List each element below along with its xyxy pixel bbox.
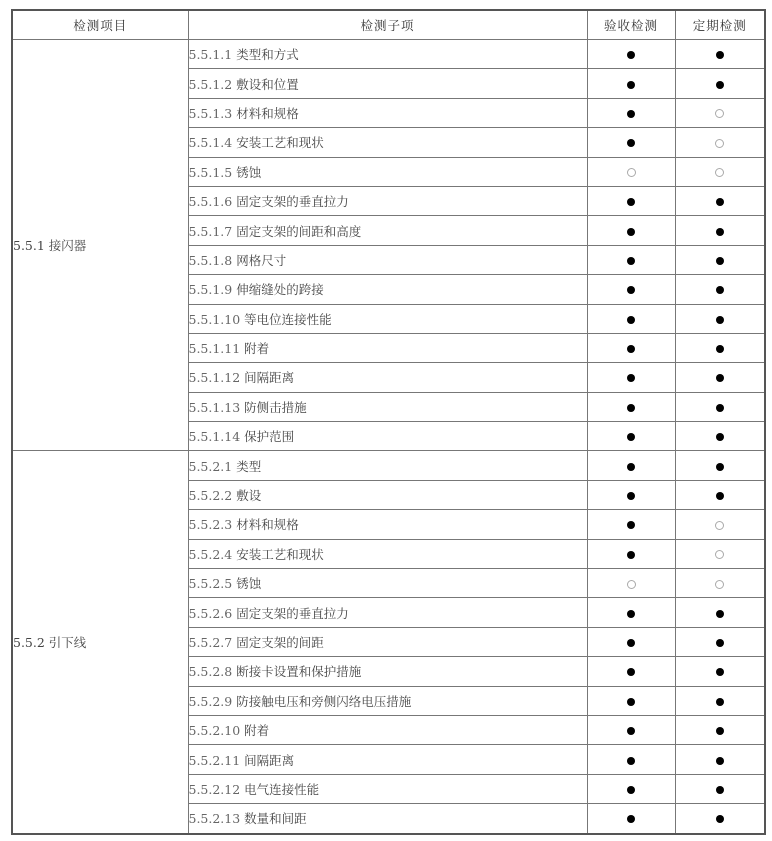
acceptance-mark-cell [587,157,675,186]
subitem-text: 锈蚀 [236,165,261,180]
subitem-text: 数量和间距 [244,811,307,826]
subitem-number: 5.5.1.4 [189,135,233,150]
acceptance-mark-cell [587,186,675,215]
subitem-text: 网格尺寸 [236,253,286,268]
periodic-mark-cell [675,745,765,774]
filled-circle-icon [627,257,635,265]
periodic-mark-cell [675,774,765,803]
filled-circle-icon [627,345,635,353]
inspection-subitem: 5.5.1.7 固定支架的间距和高度 [188,216,587,245]
filled-circle-icon [716,374,724,382]
inspection-subitem: 5.5.2.2 敷设 [188,480,587,509]
acceptance-mark-cell [587,363,675,392]
acceptance-mark-cell [587,510,675,539]
filled-circle-icon [627,815,635,823]
periodic-mark-cell [675,275,765,304]
filled-circle-icon [716,81,724,89]
hollow-circle-icon [715,580,724,589]
inspection-subitem: 5.5.2.12 电气连接性能 [188,774,587,803]
filled-circle-icon [716,433,724,441]
inspection-item-group: 5.5.1 接闪器 [12,40,188,451]
periodic-mark-cell [675,480,765,509]
subitem-text: 敷设和位置 [236,77,299,92]
subitem-number: 5.5.1.12 [189,370,241,385]
inspection-subitem: 5.5.2.6 固定支架的垂直拉力 [188,598,587,627]
hollow-circle-icon [715,139,724,148]
periodic-mark-cell [675,715,765,744]
filled-circle-icon [716,198,724,206]
subitem-text: 电气连接性能 [244,782,319,797]
filled-circle-icon [627,404,635,412]
table-header-row: 检测项目 检测子项 验收检测 定期检测 [12,10,765,40]
subitem-text: 固定支架的间距和高度 [236,224,361,239]
filled-circle-icon [627,668,635,676]
filled-circle-icon [627,610,635,618]
inspection-subitem: 5.5.1.2 敷设和位置 [188,69,587,98]
filled-circle-icon [716,610,724,618]
subitem-number: 5.5.2.1 [189,459,233,474]
filled-circle-icon [627,198,635,206]
acceptance-mark-cell [587,69,675,98]
inspection-subitem: 5.5.1.14 保护范围 [188,422,587,451]
subitem-number: 5.5.2.4 [189,547,233,562]
acceptance-mark-cell [587,686,675,715]
periodic-mark-cell [675,569,765,598]
filled-circle-icon [627,316,635,324]
acceptance-mark-cell [587,569,675,598]
filled-circle-icon [716,698,724,706]
hollow-circle-icon [715,550,724,559]
subitem-number: 5.5.1.1 [189,47,233,62]
subitem-number: 5.5.1.8 [189,253,233,268]
header-inspection-item: 检测项目 [12,10,188,40]
inspection-subitem: 5.5.2.5 锈蚀 [188,569,587,598]
subitem-number: 5.5.1.10 [189,312,241,327]
acceptance-mark-cell [587,304,675,333]
filled-circle-icon [716,463,724,471]
filled-circle-icon [627,757,635,765]
subitem-text: 等电位连接性能 [244,312,332,327]
inspection-items-table: 检测项目 检测子项 验收检测 定期检测 5.5.1 接闪器5.5.1.1 类型和… [11,9,766,835]
hollow-circle-icon [627,580,636,589]
filled-circle-icon [627,492,635,500]
inspection-subitem: 5.5.1.8 网格尺寸 [188,245,587,274]
subitem-number: 5.5.1.5 [189,165,233,180]
periodic-mark-cell [675,598,765,627]
acceptance-mark-cell [587,598,675,627]
acceptance-mark-cell [587,245,675,274]
filled-circle-icon [627,228,635,236]
periodic-mark-cell [675,363,765,392]
acceptance-mark-cell [587,480,675,509]
periodic-mark-cell [675,186,765,215]
filled-circle-icon [716,727,724,735]
header-inspection-subitem: 检测子项 [188,10,587,40]
filled-circle-icon [627,110,635,118]
header-acceptance-inspection: 验收检测 [587,10,675,40]
subitem-text: 附着 [244,723,269,738]
acceptance-mark-cell [587,392,675,421]
inspection-subitem: 5.5.1.13 防侧击措施 [188,392,587,421]
periodic-mark-cell [675,157,765,186]
filled-circle-icon [716,286,724,294]
inspection-subitem: 5.5.2.4 安装工艺和现状 [188,539,587,568]
hollow-circle-icon [715,168,724,177]
subitem-text: 安装工艺和现状 [236,547,324,562]
filled-circle-icon [627,698,635,706]
periodic-mark-cell [675,245,765,274]
subitem-number: 5.5.2.10 [189,723,241,738]
subitem-text: 固定支架的垂直拉力 [236,606,349,621]
filled-circle-icon [627,81,635,89]
filled-circle-icon [627,51,635,59]
filled-circle-icon [627,727,635,735]
subitem-text: 固定支架的间距 [236,635,324,650]
inspection-subitem: 5.5.1.3 材料和规格 [188,98,587,127]
inspection-subitem: 5.5.1.9 伸缩缝处的跨接 [188,275,587,304]
subitem-text: 锈蚀 [236,576,261,591]
subitem-number: 5.5.1.11 [189,341,241,356]
filled-circle-icon [627,139,635,147]
subitem-number: 5.5.2.7 [189,635,233,650]
filled-circle-icon [716,228,724,236]
periodic-mark-cell [675,804,765,834]
subitem-text: 断接卡设置和保护措施 [236,664,361,679]
subitem-text: 附着 [244,341,269,356]
subitem-text: 类型 [236,459,261,474]
subitem-text: 安装工艺和现状 [236,135,324,150]
acceptance-mark-cell [587,333,675,362]
acceptance-mark-cell [587,539,675,568]
periodic-mark-cell [675,539,765,568]
acceptance-mark-cell [587,657,675,686]
filled-circle-icon [716,51,724,59]
subitem-number: 5.5.2.5 [189,576,233,591]
filled-circle-icon [716,345,724,353]
inspection-subitem: 5.5.2.11 间隔距离 [188,745,587,774]
filled-circle-icon [716,257,724,265]
acceptance-mark-cell [587,627,675,656]
periodic-mark-cell [675,216,765,245]
subitem-number: 5.5.1.2 [189,77,233,92]
filled-circle-icon [716,316,724,324]
inspection-subitem: 5.5.1.12 间隔距离 [188,363,587,392]
inspection-subitem: 5.5.2.13 数量和间距 [188,804,587,834]
periodic-mark-cell [675,510,765,539]
subitem-number: 5.5.2.11 [189,753,241,768]
periodic-mark-cell [675,451,765,480]
inspection-subitem: 5.5.2.7 固定支架的间距 [188,627,587,656]
inspection-subitem: 5.5.1.1 类型和方式 [188,40,587,69]
periodic-mark-cell [675,128,765,157]
periodic-mark-cell [675,304,765,333]
filled-circle-icon [627,551,635,559]
subitem-number: 5.5.1.9 [189,282,233,297]
acceptance-mark-cell [587,774,675,803]
acceptance-mark-cell [587,745,675,774]
filled-circle-icon [627,433,635,441]
subitem-number: 5.5.2.12 [189,782,241,797]
acceptance-mark-cell [587,451,675,480]
subitem-number: 5.5.1.6 [189,194,233,209]
acceptance-mark-cell [587,128,675,157]
subitem-text: 材料和规格 [236,106,299,121]
table-body: 5.5.1 接闪器5.5.1.1 类型和方式5.5.1.2 敷设和位置5.5.1… [12,40,765,834]
filled-circle-icon [627,639,635,647]
subitem-text: 材料和规格 [236,517,299,532]
periodic-mark-cell [675,686,765,715]
subitem-number: 5.5.1.7 [189,224,233,239]
periodic-mark-cell [675,627,765,656]
filled-circle-icon [627,374,635,382]
subitem-number: 5.5.1.13 [189,400,241,415]
inspection-subitem: 5.5.2.3 材料和规格 [188,510,587,539]
subitem-text: 防接触电压和旁侧闪络电压措施 [236,694,411,709]
periodic-mark-cell [675,98,765,127]
acceptance-mark-cell [587,98,675,127]
filled-circle-icon [716,668,724,676]
subitem-number: 5.5.1.14 [189,429,241,444]
subitem-number: 5.5.2.2 [189,488,233,503]
filled-circle-icon [716,757,724,765]
filled-circle-icon [716,404,724,412]
hollow-circle-icon [715,521,724,530]
acceptance-mark-cell [587,40,675,69]
subitem-number: 5.5.2.8 [189,664,233,679]
filled-circle-icon [627,463,635,471]
subitem-text: 固定支架的垂直拉力 [236,194,349,209]
header-periodic-inspection: 定期检测 [675,10,765,40]
filled-circle-icon [716,815,724,823]
filled-circle-icon [716,639,724,647]
subitem-text: 防侧击措施 [244,400,307,415]
hollow-circle-icon [715,109,724,118]
inspection-subitem: 5.5.1.5 锈蚀 [188,157,587,186]
periodic-mark-cell [675,333,765,362]
subitem-number: 5.5.2.6 [189,606,233,621]
subitem-number: 5.5.2.3 [189,517,233,532]
filled-circle-icon [627,786,635,794]
subitem-text: 敷设 [236,488,261,503]
subitem-text: 间隔距离 [244,370,294,385]
inspection-subitem: 5.5.1.4 安装工艺和现状 [188,128,587,157]
acceptance-mark-cell [587,422,675,451]
periodic-mark-cell [675,392,765,421]
filled-circle-icon [716,492,724,500]
subitem-text: 间隔距离 [244,753,294,768]
filled-circle-icon [716,786,724,794]
subitem-text: 保护范围 [244,429,294,444]
filled-circle-icon [627,521,635,529]
filled-circle-icon [627,286,635,294]
subitem-text: 类型和方式 [236,47,299,62]
acceptance-mark-cell [587,715,675,744]
inspection-subitem: 5.5.1.11 附着 [188,333,587,362]
acceptance-mark-cell [587,804,675,834]
subitem-number: 5.5.1.3 [189,106,233,121]
inspection-subitem: 5.5.1.6 固定支架的垂直拉力 [188,186,587,215]
inspection-item-group: 5.5.2 引下线 [12,451,188,834]
inspection-subitem: 5.5.2.10 附着 [188,715,587,744]
subitem-text: 伸缩缝处的跨接 [236,282,324,297]
periodic-mark-cell [675,657,765,686]
hollow-circle-icon [627,168,636,177]
acceptance-mark-cell [587,216,675,245]
acceptance-mark-cell [587,275,675,304]
inspection-subitem: 5.5.1.10 等电位连接性能 [188,304,587,333]
periodic-mark-cell [675,69,765,98]
table-row: 5.5.2 引下线5.5.2.1 类型 [12,451,765,480]
inspection-subitem: 5.5.2.9 防接触电压和旁侧闪络电压措施 [188,686,587,715]
subitem-number: 5.5.2.13 [189,811,241,826]
periodic-mark-cell [675,422,765,451]
inspection-subitem: 5.5.2.1 类型 [188,451,587,480]
subitem-number: 5.5.2.9 [189,694,233,709]
inspection-subitem: 5.5.2.8 断接卡设置和保护措施 [188,657,587,686]
table-row: 5.5.1 接闪器5.5.1.1 类型和方式 [12,40,765,69]
periodic-mark-cell [675,40,765,69]
